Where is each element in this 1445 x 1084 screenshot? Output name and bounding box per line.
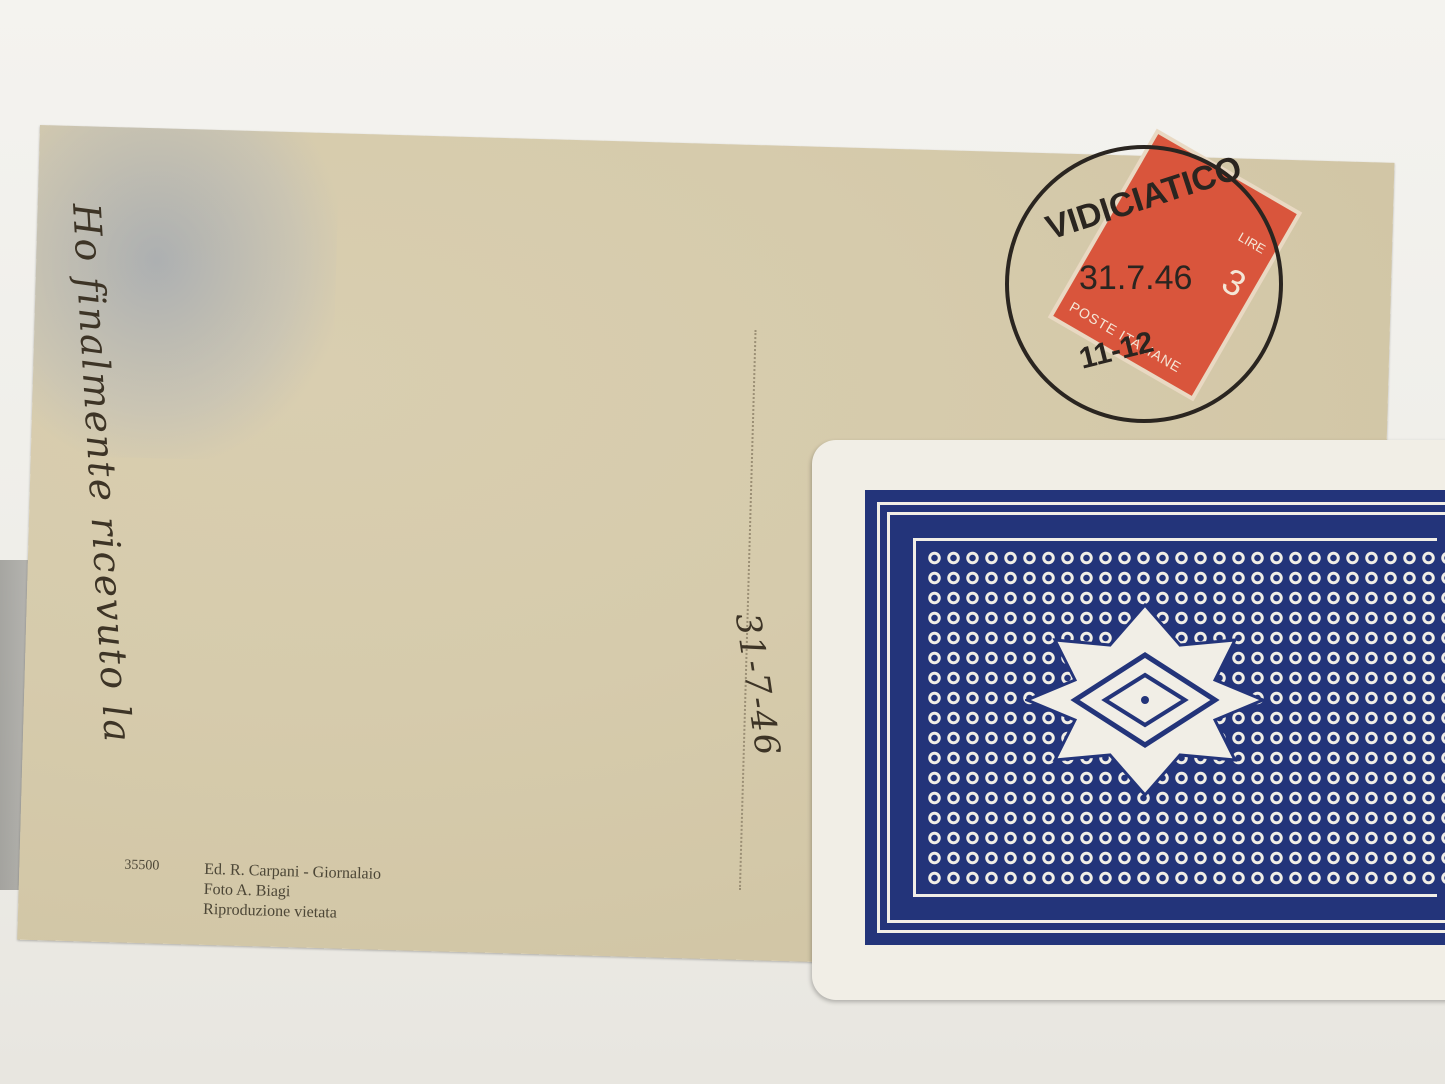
imprint-copyright: Riproduzione vietata: [203, 900, 380, 925]
card-back-border: [865, 490, 1445, 945]
postmark: VIDICIATICO 31.7.46 11-12: [1005, 145, 1283, 423]
publisher-imprint: Ed. R. Carpani - Giornalaio Foto A. Biag…: [203, 860, 381, 925]
handwritten-date: 31-7-46: [727, 611, 788, 760]
playing-card: [812, 440, 1445, 1000]
postmark-time: 11-12: [1076, 325, 1157, 376]
postmark-date: 31.7.46: [1079, 259, 1192, 298]
postcard-divider-line: [739, 330, 757, 890]
serial-number: 35500: [124, 858, 159, 875]
